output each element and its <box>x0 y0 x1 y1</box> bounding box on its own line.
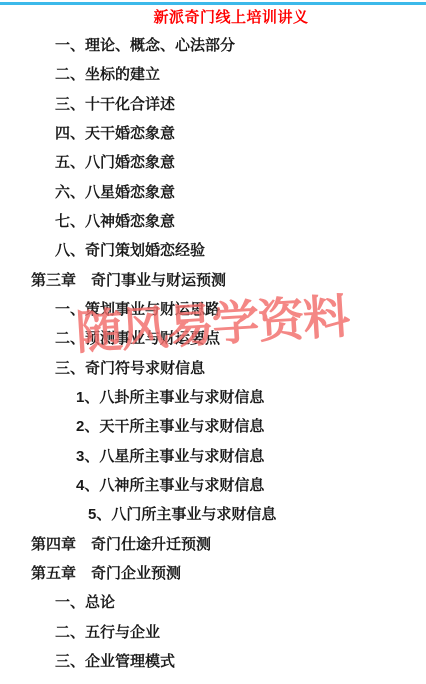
toc-line: 第四章 奇门仕途升迁预测 <box>0 530 426 559</box>
toc-line: 七、八神婚恋象意 <box>0 207 426 236</box>
toc-line: 六、八星婚恋象意 <box>0 178 426 207</box>
toc-line: 二、预测事业与财运要点 <box>0 324 426 353</box>
toc-line: 2、天干所主事业与求财信息 <box>0 412 426 441</box>
toc-line: 一、策划事业与财运思路 <box>0 295 426 324</box>
toc-line: 二、五行与企业 <box>0 618 426 647</box>
toc-line: 3、八星所主事业与求财信息 <box>0 442 426 471</box>
toc-line: 八、奇门策划婚恋经验 <box>0 236 426 265</box>
toc-line: 4、八神所主事业与求财信息 <box>0 471 426 500</box>
toc-line: 四、天干婚恋象意 <box>0 119 426 148</box>
toc-line: 第五章 奇门企业预测 <box>0 559 426 588</box>
toc-line: 三、企业管理模式 <box>0 647 426 676</box>
toc-line: 三、十干化合详述 <box>0 90 426 119</box>
toc-line: 一、总论 <box>0 588 426 617</box>
table-of-contents: 一、理论、概念、心法部分二、坐标的建立三、十干化合详述四、天干婚恋象意五、八门婚… <box>0 31 426 676</box>
toc-line: 二、坐标的建立 <box>0 60 426 89</box>
page-title: 新派奇门线上培训讲义 <box>18 6 426 27</box>
toc-line: 一、理论、概念、心法部分 <box>0 31 426 60</box>
toc-line: 5、八门所主事业与求财信息 <box>0 500 426 529</box>
document-page: 新派奇门线上培训讲义 一、理论、概念、心法部分二、坐标的建立三、十干化合详述四、… <box>0 0 426 684</box>
toc-line: 1、八卦所主事业与求财信息 <box>0 383 426 412</box>
toc-line: 五、八门婚恋象意 <box>0 148 426 177</box>
top-border-rule <box>0 2 426 5</box>
toc-line: 三、奇门符号求财信息 <box>0 354 426 383</box>
toc-line: 第三章 奇门事业与财运预测 <box>0 266 426 295</box>
